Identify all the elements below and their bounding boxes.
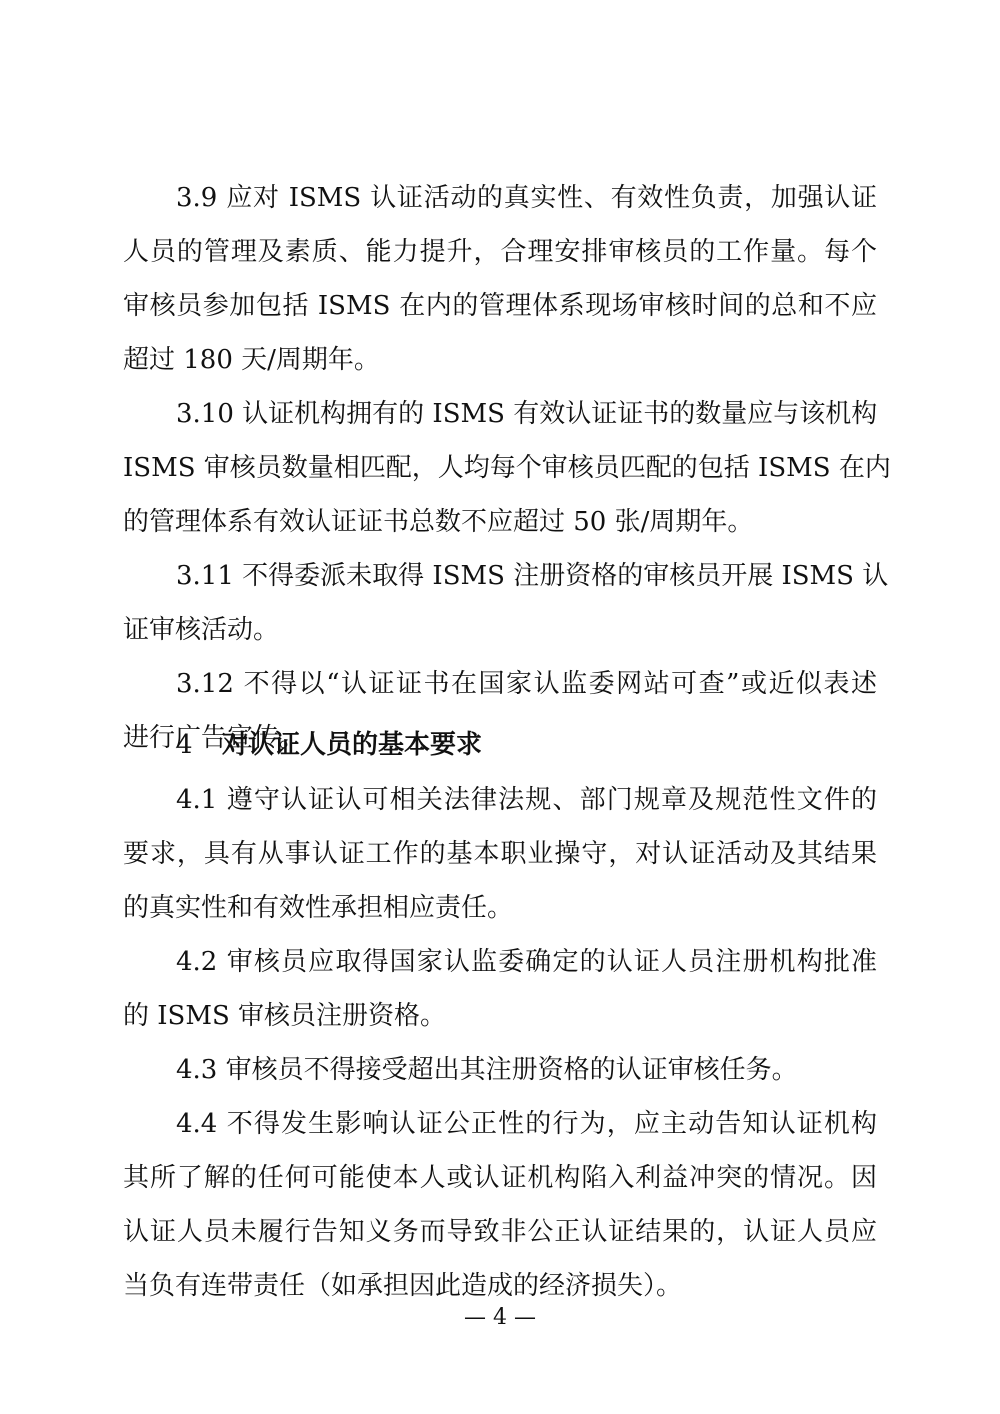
document-page: 3.9 应对 ISMS 认证活动的真实性、有效性负责，加强认证 人员的管理及素质… xyxy=(0,0,1000,1414)
section-heading: 4对认证人员的基本要求 xyxy=(176,725,482,765)
section-heading-title: 对认证人员的基本要求 xyxy=(222,730,482,760)
paragraph-3-9-line-2: 人员的管理及素质、能力提升，合理安排审核员的工作量。每个 xyxy=(123,232,877,272)
paragraph-4-1-line-2: 要求，具有从事认证工作的基本职业操守，对认证活动及其结果 xyxy=(123,834,877,874)
paragraph-4-2-line-1: 4.2 审核员应取得国家认监委确定的认证人员注册机构批准 xyxy=(176,942,877,982)
paragraph-4-3-line-1: 4.3 审核员不得接受超出其注册资格的认证审核任务。 xyxy=(176,1050,877,1090)
paragraph-3-11-line-2: 证审核活动。 xyxy=(123,610,877,650)
paragraph-4-1-line-1: 4.1 遵守认证认可相关法律法规、部门规章及规范性文件的 xyxy=(176,780,877,820)
paragraph-3-12-line-1: 3.12 不得以“认证证书在国家认监委网站可查”或近似表述 xyxy=(176,664,877,704)
paragraph-4-2-line-2: 的 ISMS 审核员注册资格。 xyxy=(123,996,877,1036)
paragraph-3-10-line-1: 3.10 认证机构拥有的 ISMS 有效认证证书的数量应与该机构 xyxy=(176,394,877,434)
paragraph-3-9-line-4: 超过 180 天/周期年。 xyxy=(123,340,877,380)
paragraph-4-4-line-1: 4.4 不得发生影响认证公正性的行为，应主动告知认证机构 xyxy=(176,1104,877,1144)
page-number: — 4 — xyxy=(0,1303,1000,1333)
paragraph-4-1-line-3: 的真实性和有效性承担相应责任。 xyxy=(123,888,877,928)
paragraph-3-10-line-2: ISMS 审核员数量相匹配，人均每个审核员匹配的包括 ISMS 在内 xyxy=(123,448,877,488)
paragraph-4-4-line-4: 当负有连带责任（如承担因此造成的经济损失）。 xyxy=(123,1266,877,1306)
paragraph-4-4-line-3: 认证人员未履行告知义务而导致非公正认证结果的，认证人员应 xyxy=(123,1212,877,1252)
paragraph-4-4-line-2: 其所了解的任何可能使本人或认证机构陷入利益冲突的情况。因 xyxy=(123,1158,877,1198)
paragraph-3-10-line-3: 的管理体系有效认证证书总数不应超过 50 张/周期年。 xyxy=(123,502,877,542)
paragraph-3-9-line-3: 审核员参加包括 ISMS 在内的管理体系现场审核时间的总和不应 xyxy=(123,286,877,326)
section-heading-number: 4 xyxy=(176,725,222,765)
paragraph-3-11-line-1: 3.11 不得委派未取得 ISMS 注册资格的审核员开展 ISMS 认 xyxy=(176,556,877,596)
paragraph-3-9-line-1: 3.9 应对 ISMS 认证活动的真实性、有效性负责，加强认证 xyxy=(176,178,877,218)
